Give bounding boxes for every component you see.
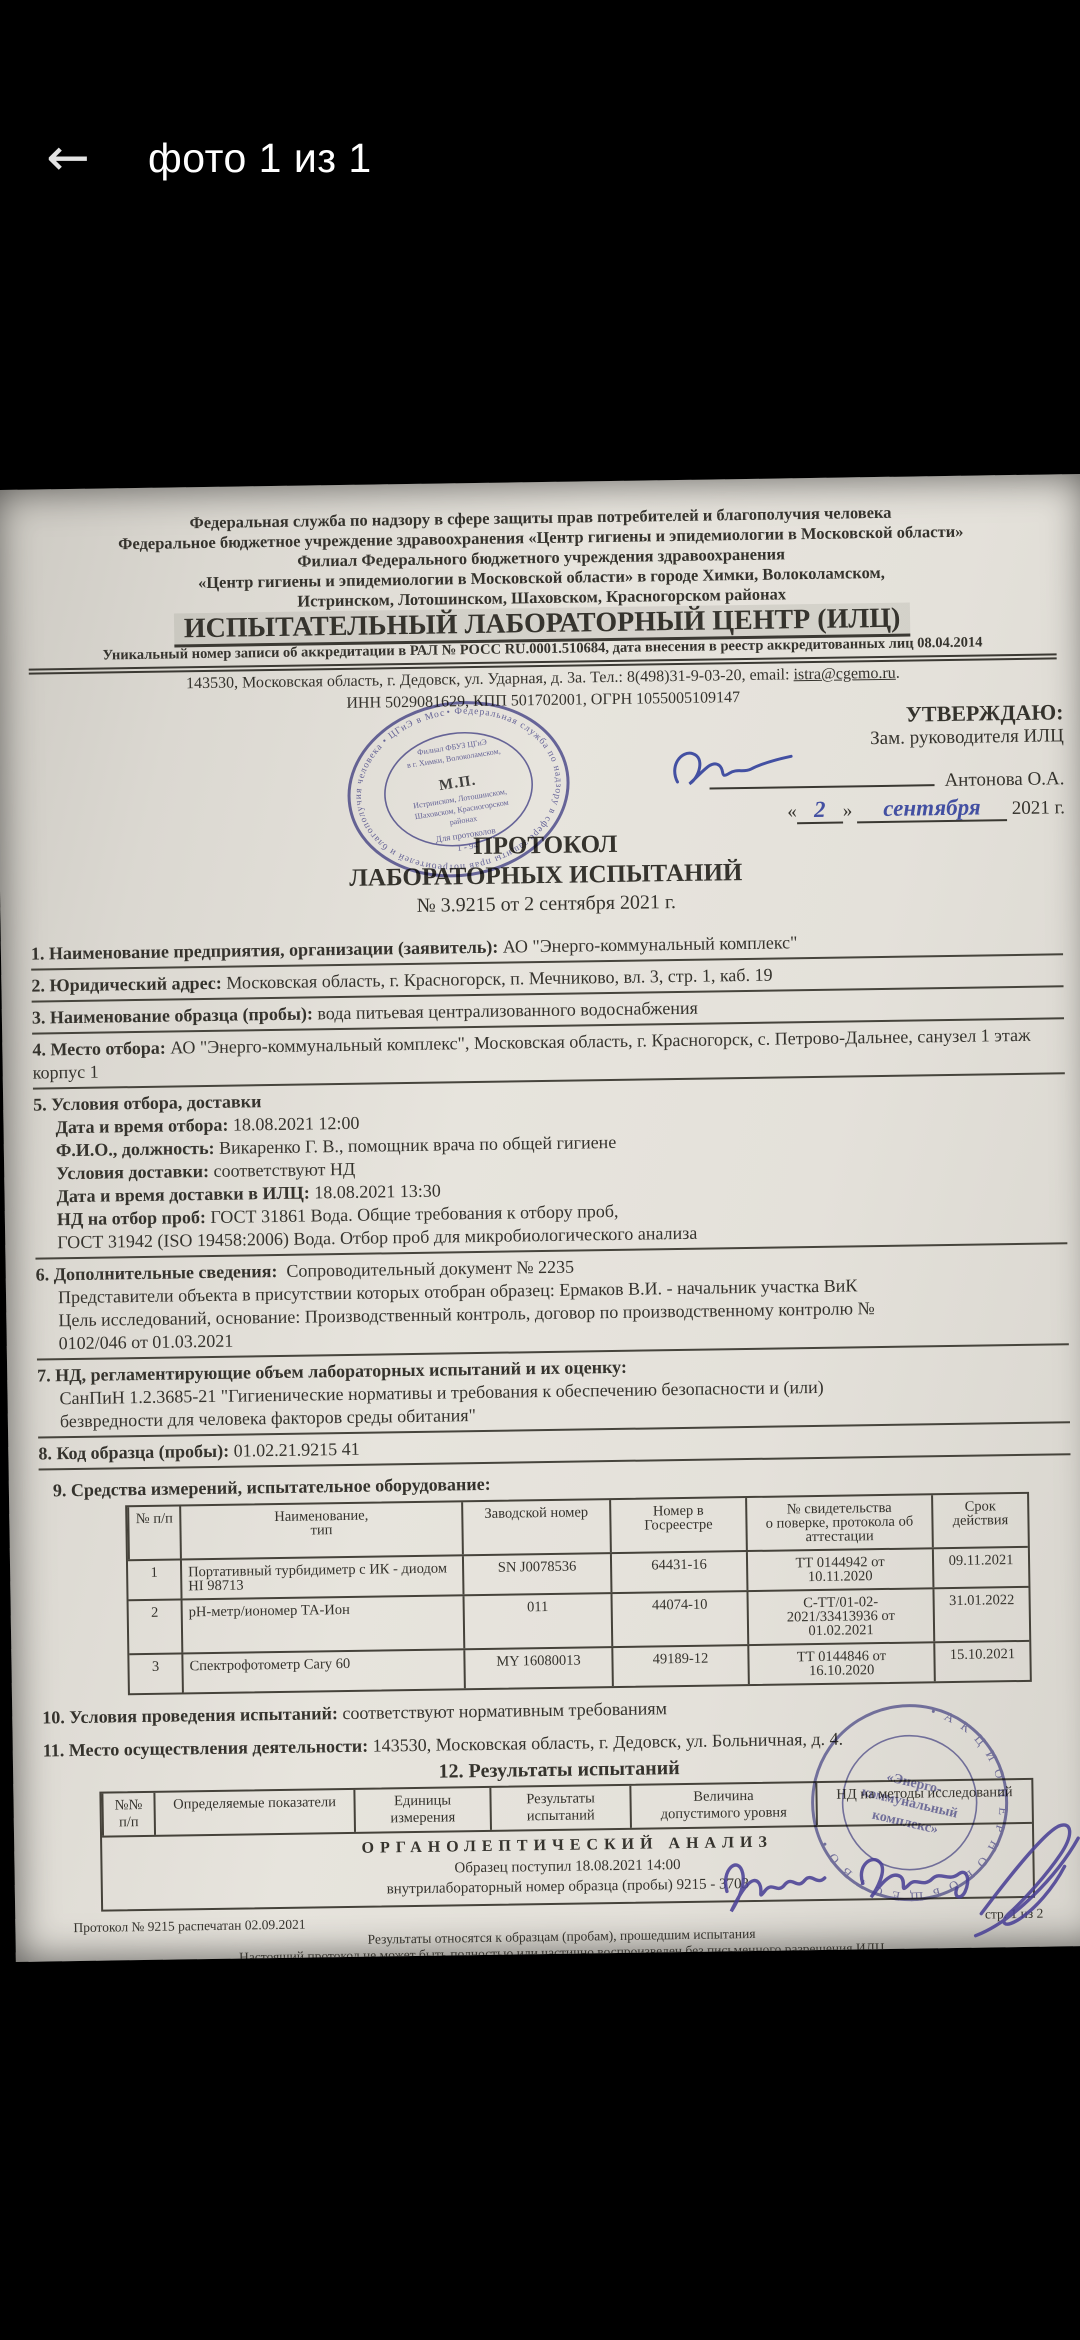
protocol-fields: 1. Наименование предприятия, организации… <box>31 923 1071 1470</box>
equipment-header-cell: Наименование, тип <box>179 1502 462 1558</box>
svg-text:районах: районах <box>449 814 478 827</box>
handwritten-day: 2 <box>797 798 843 825</box>
approve-date-row: «2» сентября 2021 г. <box>635 794 1065 826</box>
svg-text:1 - 94: 1 - 94 <box>456 840 479 853</box>
results-header-cell: Единицы измерения <box>353 1788 490 1832</box>
back-arrow-icon: ← <box>46 128 90 188</box>
results-header-cell: Результаты испытаний <box>489 1786 630 1830</box>
equipment-header-cell: Срок действия <box>931 1494 1028 1547</box>
equipment-header-cell: Номер в Госреестре <box>609 1498 746 1552</box>
approve-signature-row: Антонова О.А. <box>634 760 1064 796</box>
equipment-header-cell: № п/п <box>127 1506 180 1559</box>
handwritten-signature <box>712 1816 1080 1948</box>
back-button[interactable]: ← <box>30 120 106 196</box>
equipment-table: № п/пНаименование, типЗаводской номерНом… <box>125 1492 1032 1695</box>
email-link: istra@cgemo.ru <box>793 665 896 684</box>
page-title: фото 1 из 1 <box>148 122 372 194</box>
approve-block: УТВЕРЖДАЮ: Зам. руководителя ИЛЦ Антонов… <box>633 700 1065 826</box>
equipment-header-cell: № свидетельства о поверке, протокола об … <box>745 1495 932 1550</box>
round-stamp-lab: • Федеральная служба по надзору в сфере … <box>331 681 587 898</box>
results-header-cell: №№ п/п <box>101 1793 154 1836</box>
letterhead: Федеральная служба по надзору в сфере за… <box>24 474 1058 615</box>
document-photo: Федеральная служба по надзору в сфере за… <box>0 474 1080 1962</box>
approver-name: Антонова О.А. <box>944 768 1064 791</box>
app-bar: ← фото 1 из 1 <box>0 112 1080 212</box>
photo-area[interactable]: Федеральная служба по надзору в сфере за… <box>0 230 1080 2340</box>
results-header-cell: Определяемые показатели <box>153 1790 354 1835</box>
approve-year: 2021 г. <box>1012 797 1065 819</box>
handwritten-month: сентября <box>857 795 1007 823</box>
protocol-field-additional: 6. Дополнительные сведения: Сопроводител… <box>35 1244 1068 1360</box>
equipment-header-cell: Заводской номер <box>461 1500 610 1554</box>
protocol-field-sampling: 5. Условия отбора, доставки Дата и время… <box>33 1074 1067 1259</box>
approve-signature-stroke <box>659 742 810 790</box>
